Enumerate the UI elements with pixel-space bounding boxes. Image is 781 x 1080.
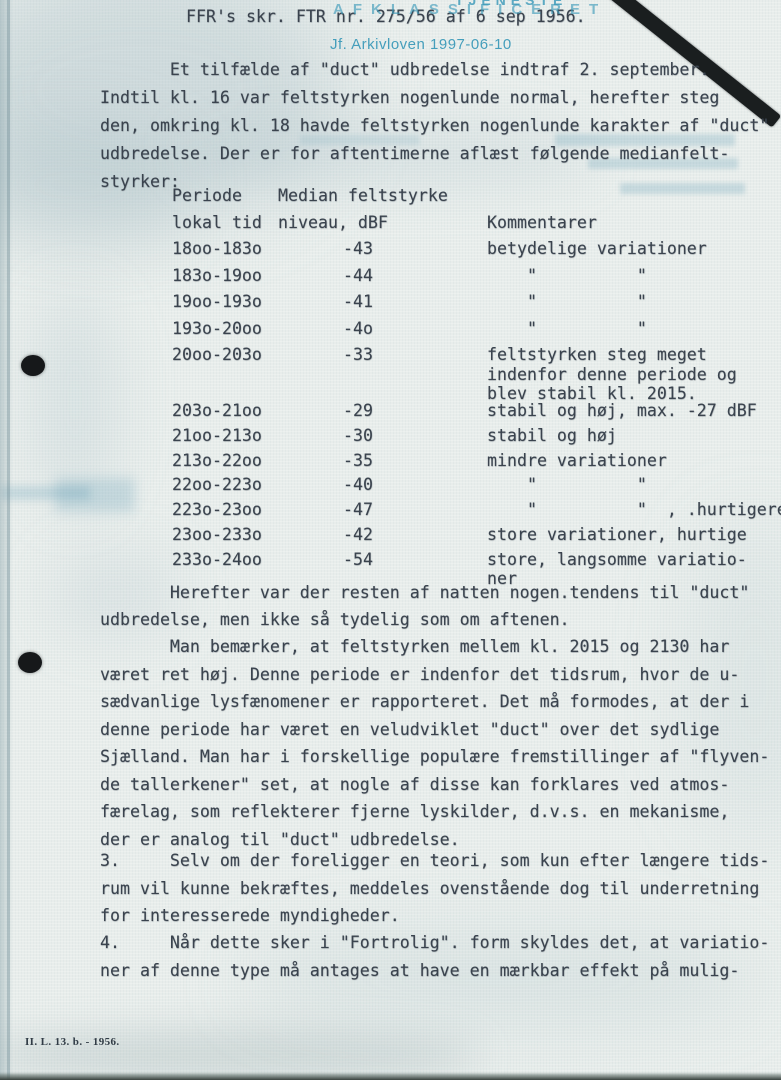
header-period-line2: lokal tid <box>172 213 262 233</box>
table-row: 18oo-183o -43 betydelige variationer <box>100 239 781 266</box>
table-cell-comment: " " <box>487 475 647 495</box>
table-cell-comment: " " , .hurtigere <box>487 500 781 520</box>
scanned-document-page: TJENESTE FFR's skr. FTR nr. 275/56 af 6 … <box>0 0 781 1080</box>
paragraph-item-3: 3. Selv om der foreligger en teori, som … <box>100 847 769 930</box>
table-row: 23oo-233o -42 store variationer, hurtige <box>100 525 781 550</box>
table-row: 203o-21oo -29 stabil og høj, max. -27 dB… <box>100 401 781 426</box>
table-cell-period: 18oo-183o <box>172 239 262 259</box>
table-cell-comment: " " <box>487 266 647 286</box>
punch-hole <box>21 355 45 376</box>
page-bottom-edge <box>0 1072 781 1080</box>
table-cell-period: 19oo-193o <box>172 292 262 312</box>
table-cell-period: 223o-23oo <box>172 500 262 520</box>
punch-hole <box>18 652 42 673</box>
table-row: 193o-20oo -4o " " <box>100 319 781 346</box>
table-cell-level: -54 <box>343 550 373 570</box>
field-strength-table: Periode Median feltstyrke lokal tid nive… <box>100 186 781 592</box>
table-cell-period: 193o-20oo <box>172 319 262 339</box>
table-row: 21oo-213o -30 stabil og høj <box>100 426 781 451</box>
paragraph-item-4: 4. Når dette sker i "Fortrolig". form sk… <box>100 929 769 984</box>
table-cell-level: -30 <box>343 426 373 446</box>
table-cell-level: -4o <box>343 319 373 339</box>
paragraph-observation: Man bemærker, at feltstyrken mellem kl. … <box>100 633 769 853</box>
table-cell-level: -35 <box>343 451 373 471</box>
table-cell-level: -33 <box>343 345 373 365</box>
table-row: 22oo-223o -40 " " <box>100 475 781 500</box>
ink-bleed-through <box>0 486 90 500</box>
table-cell-level: -42 <box>343 525 373 545</box>
table-cell-level: -40 <box>343 475 373 495</box>
table-cell-period: 183o-19oo <box>172 266 262 286</box>
table-cell-period: 22oo-223o <box>172 475 262 495</box>
table-header-row-2: lokal tid niveau, dBF Kommentarer <box>100 213 781 240</box>
table-cell-period: 23oo-233o <box>172 525 262 545</box>
page-left-edge-line <box>7 0 10 1080</box>
header-median-line1: Median feltstyrke <box>278 186 448 206</box>
table-row: 19oo-193o -41 " " <box>100 292 781 319</box>
table-row: 223o-23oo -47 " " , .hurtigere <box>100 500 781 525</box>
table-cell-comment: betydelige variationer <box>487 239 707 259</box>
table-row: 183o-19oo -44 " " <box>100 266 781 293</box>
table-cell-period: 213o-22oo <box>172 451 262 471</box>
table-cell-comment: mindre variationer <box>487 451 667 471</box>
table-cell-level: -29 <box>343 401 373 421</box>
header-period-line1: Periode <box>172 186 242 206</box>
table-header-row-1: Periode Median feltstyrke <box>100 186 781 213</box>
print-shop-mark: II. L. 13. b. - 1956. <box>25 1036 120 1048</box>
table-cell-level: -44 <box>343 266 373 286</box>
table-cell-level: -41 <box>343 292 373 312</box>
archive-law-stamp: Jf. Arkivloven 1997-06-10 <box>330 36 512 53</box>
table-cell-period: 233o-24oo <box>172 550 262 570</box>
paragraph-intro: Et tilfælde af "duct" udbredelse indtraf… <box>100 56 769 196</box>
table-cell-comment: feltstyrken steg meget indenfor denne pe… <box>487 345 737 404</box>
page-left-edge <box>0 0 12 1080</box>
table-row: 20oo-203o -33 feltstyrken steg meget ind… <box>100 345 781 401</box>
table-body: 18oo-183o -43 betydelige variationer 183… <box>100 239 781 592</box>
table-cell-comment: " " <box>487 319 647 339</box>
table-cell-comment: " " <box>487 292 647 312</box>
table-cell-level: -47 <box>343 500 373 520</box>
header-median-line2: niveau, dBF <box>278 213 388 233</box>
table-row: 213o-22oo -35 mindre variationer <box>100 451 781 476</box>
table-cell-comment: stabil og høj <box>487 426 617 446</box>
table-cell-period: 21oo-213o <box>172 426 262 446</box>
table-cell-period: 203o-21oo <box>172 401 262 421</box>
table-cell-level: -43 <box>343 239 373 259</box>
table-cell-comment: stabil og høj, max. -27 dBF <box>487 401 757 421</box>
header-comments: Kommentarer <box>487 213 597 233</box>
declassified-stamp: AFKLASSIFICERET <box>333 1 607 18</box>
paragraph-after-table: Herefter var der resten af natten nogen.… <box>100 579 749 633</box>
table-cell-comment: store variationer, hurtige <box>487 525 747 545</box>
table-cell-period: 20oo-203o <box>172 345 262 365</box>
